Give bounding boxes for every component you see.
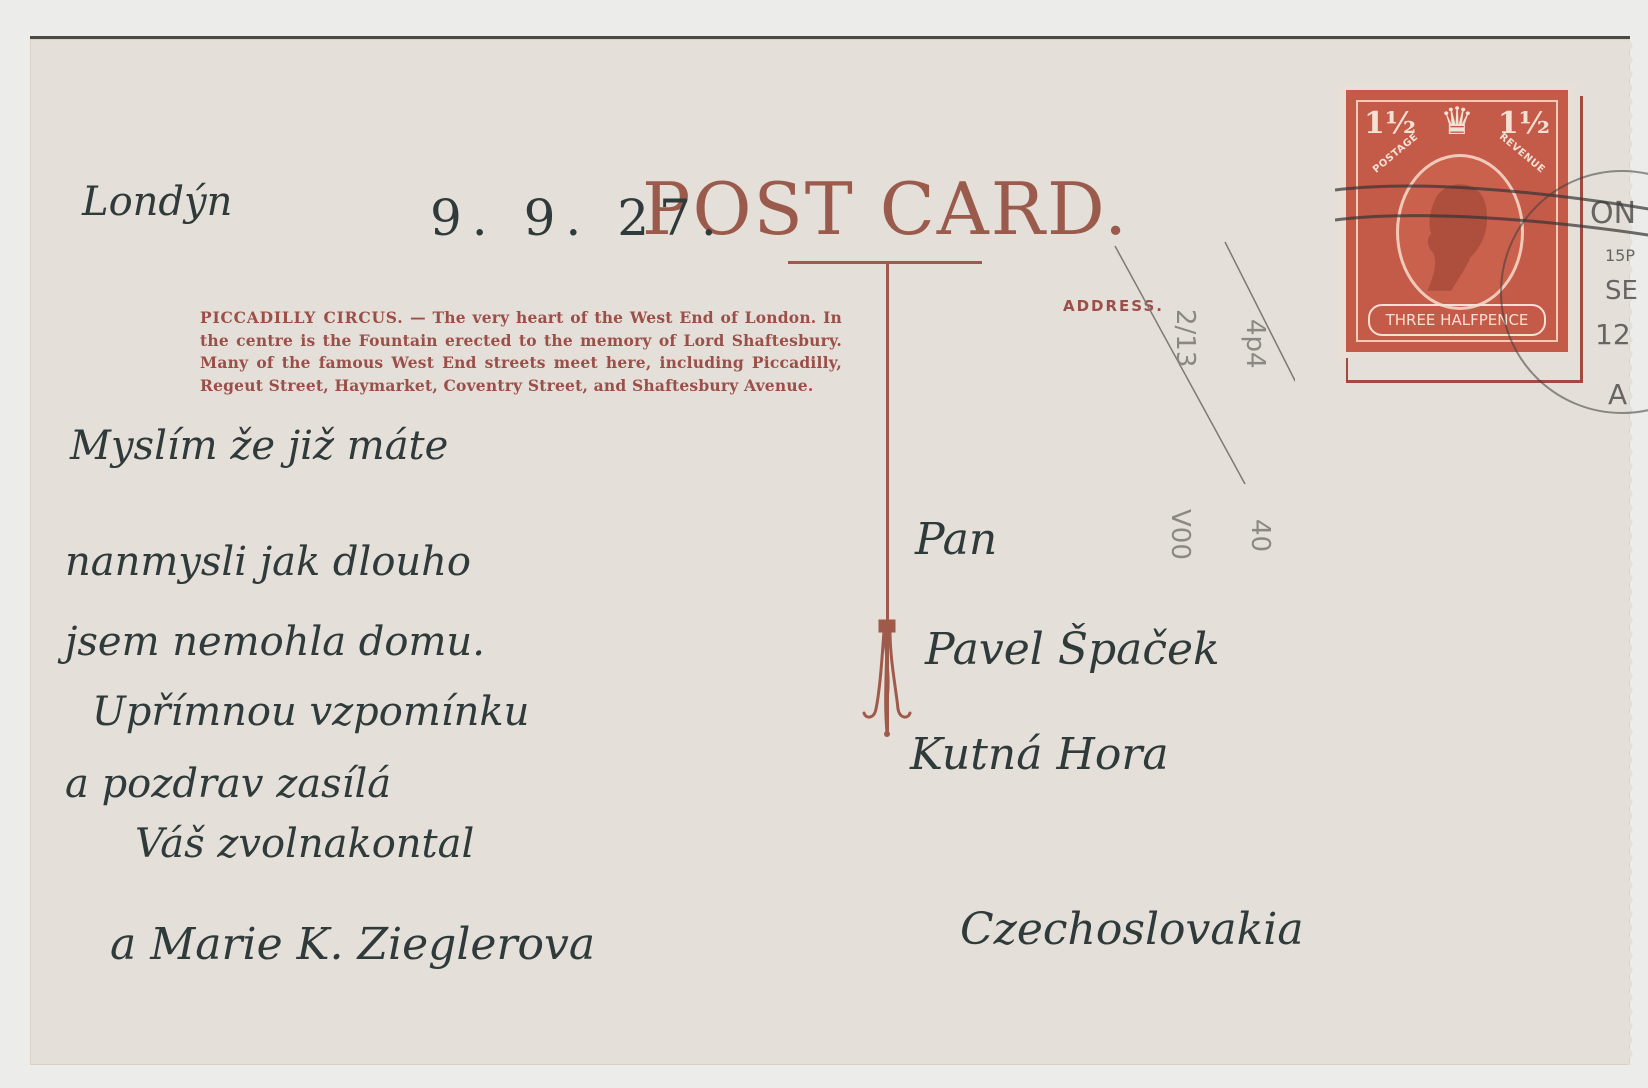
divider-top-bar xyxy=(788,261,982,264)
message-line-1: Myslím že již máte xyxy=(70,423,448,469)
postmark-line-5: A xyxy=(1608,378,1627,411)
dateline-place: Londýn xyxy=(82,179,232,225)
postmark-line-3: SE xyxy=(1605,276,1638,306)
message-line-2: nanmysli jak dlouho xyxy=(65,539,471,585)
address-line-2: Pavel Špaček xyxy=(925,624,1220,675)
message-line-6: Váš zvolnakontal xyxy=(135,821,474,867)
message-line-3: jsem nemohla domu. xyxy=(65,619,485,665)
dateline-date: 9. 9. 27. xyxy=(430,189,727,247)
message-line-5: a pozdrav zasílá xyxy=(65,761,391,807)
postmark-line-4: 12 xyxy=(1595,318,1631,351)
picture-caption: PICCADILLY CIRCUS. — The very heart of t… xyxy=(200,307,842,397)
message-signature: a Marie K. Zieglerova xyxy=(110,919,595,970)
postmark-line-2: 15P xyxy=(1605,246,1635,265)
address-line-1: Pan xyxy=(915,514,997,565)
postmark-line-1: ON xyxy=(1590,196,1636,231)
caption-heading: PICCADILLY CIRCUS. xyxy=(200,308,403,327)
pencil-note-2: 4p4 xyxy=(1240,319,1270,369)
crown-icon: ♛ xyxy=(1424,100,1490,144)
pencil-strike-lines xyxy=(1075,234,1295,534)
pencil-note-3: V00 xyxy=(1165,509,1195,560)
tassel-ornament-icon xyxy=(860,609,916,739)
pencil-note-1: 2/13 xyxy=(1170,309,1200,367)
address-line-3: Kutná Hora xyxy=(910,729,1169,780)
address-line-4: Czechoslovakia xyxy=(960,904,1304,955)
pencil-note-4: 40 xyxy=(1245,519,1275,552)
message-line-4: Upřímnou vzpomínku xyxy=(92,689,529,735)
